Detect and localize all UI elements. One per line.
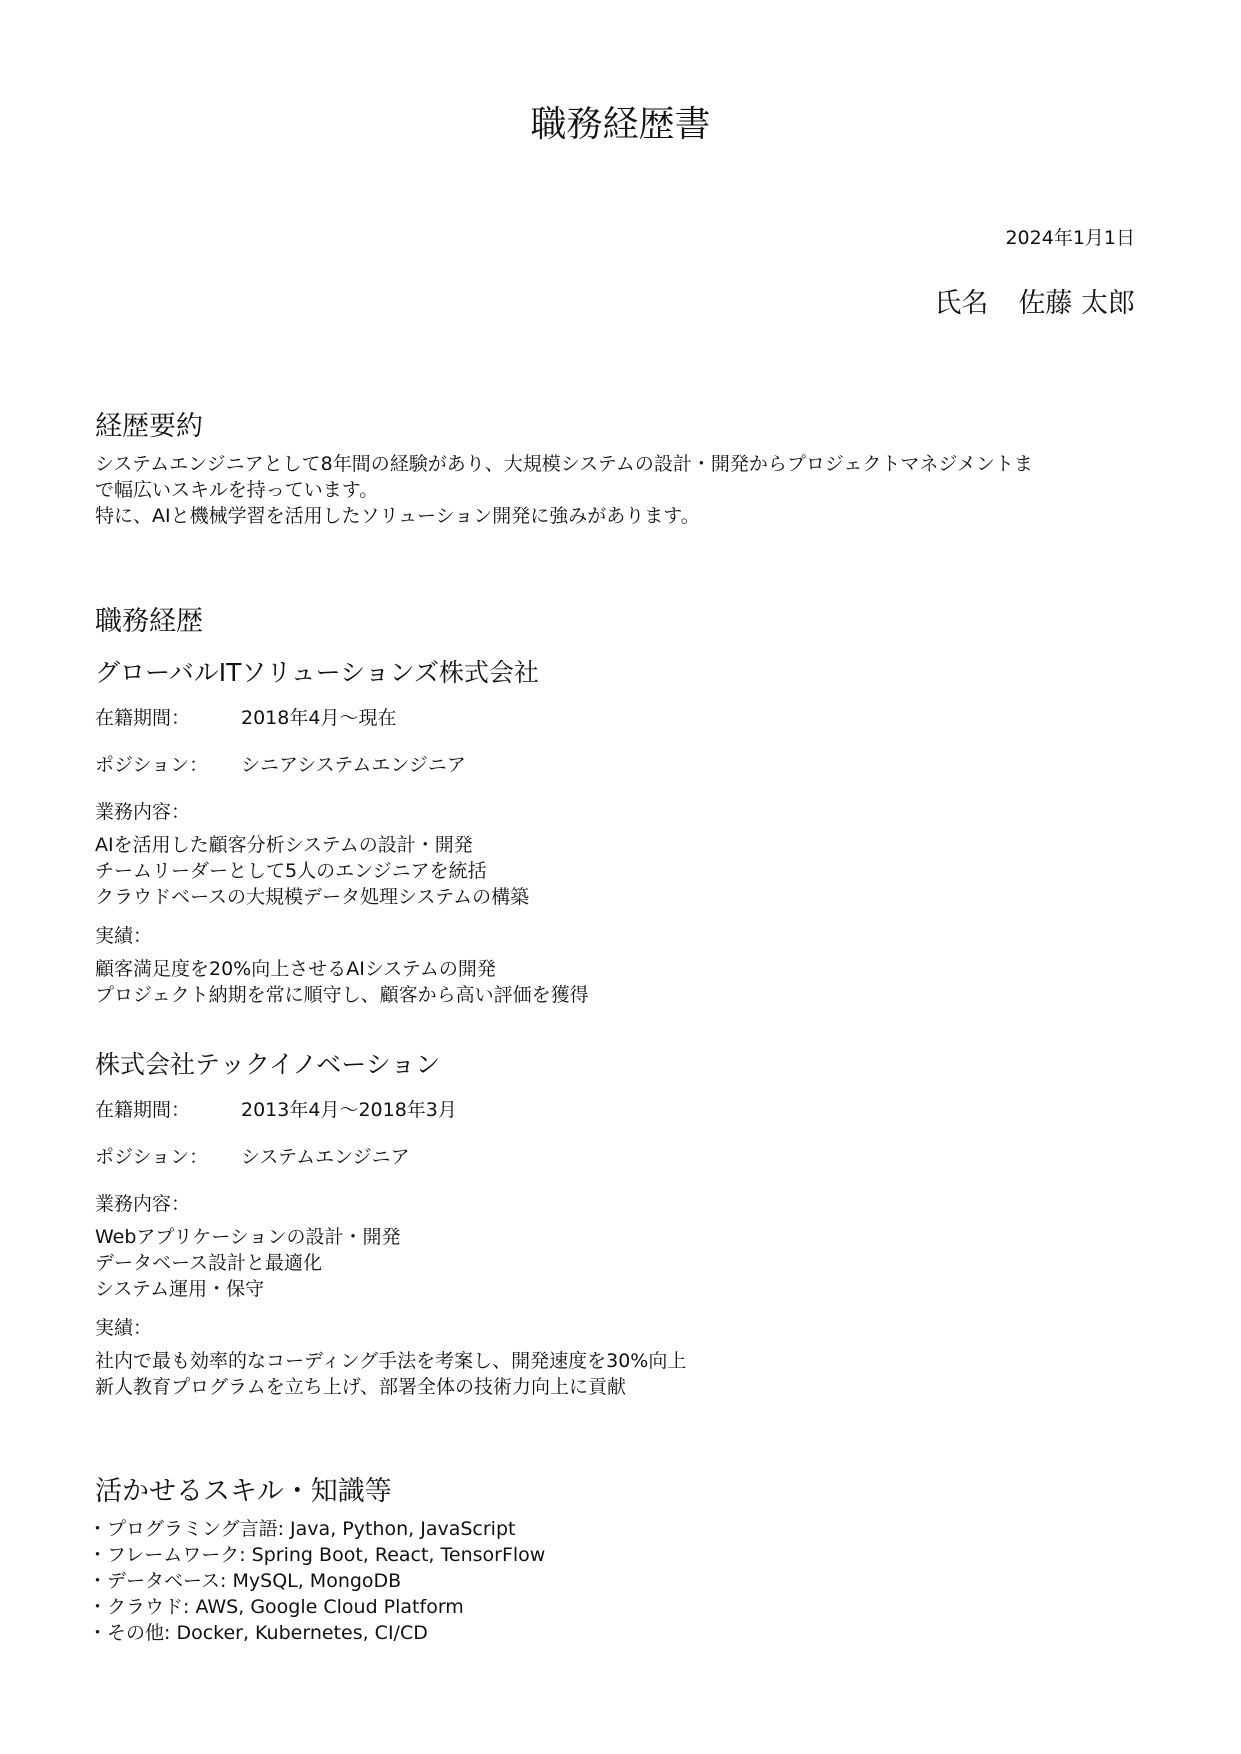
duty-item: Webアプリケーションの設計・開発 bbox=[95, 1224, 401, 1250]
summary-text: システムエンジニアとして8年間の経験があり、大規模システムの設計・開発からプロジ… bbox=[95, 451, 1033, 529]
document-title: 職務経歴書 bbox=[0, 96, 1241, 147]
achievement-item: 社内で最も効率的なコーディング手法を考案し、開発速度を30%向上 bbox=[95, 1348, 686, 1374]
duty-item: システム運用・保守 bbox=[95, 1276, 401, 1302]
summary-heading: 経歴要約 bbox=[95, 404, 203, 443]
skills-heading: 活かせるスキル・知識等 bbox=[95, 1469, 392, 1508]
period-label: 在籍期間： bbox=[95, 703, 190, 730]
duty-item: チームリーダーとして5人のエンジニアを統括 bbox=[95, 858, 529, 884]
duties-label: 業務内容： bbox=[95, 1189, 190, 1216]
duties-list: Webアプリケーションの設計・開発 データベース設計と最適化 システム運用・保守 bbox=[95, 1224, 401, 1302]
position-value: システムエンジニア bbox=[241, 1142, 410, 1169]
skills-list: ・プログラミング言語: Java, Python, JavaScript ・フレ… bbox=[88, 1516, 545, 1646]
achievements-list: 社内で最も効率的なコーディング手法を考案し、開発速度を30%向上 新人教育プログ… bbox=[95, 1348, 686, 1400]
achievements-label: 実績： bbox=[95, 1313, 152, 1340]
period-label: 在籍期間： bbox=[95, 1095, 190, 1122]
achievements-label: 実績： bbox=[95, 921, 152, 948]
summary-line: 特に、AIと機械学習を活用したソリューション開発に強みがあります。 bbox=[95, 503, 1033, 529]
position-value: シニアシステムエンジニア bbox=[241, 750, 466, 777]
period-value: 2013年4月～2018年3月 bbox=[241, 1095, 457, 1122]
skill-item: ・データベース: MySQL, MongoDB bbox=[88, 1568, 545, 1594]
position-label: ポジション： bbox=[95, 1142, 208, 1169]
skill-item: ・プログラミング言語: Java, Python, JavaScript bbox=[88, 1516, 545, 1542]
duty-item: クラウドベースの大規模データ処理システムの構築 bbox=[95, 884, 529, 910]
position-label: ポジション： bbox=[95, 750, 208, 777]
applicant-name: 氏名佐藤 太郎 bbox=[934, 281, 1135, 320]
achievements-list: 顧客満足度を20%向上させるAIシステムの開発 プロジェクト納期を常に順守し、顧… bbox=[95, 956, 589, 1008]
skill-item: ・フレームワーク: Spring Boot, React, TensorFlow bbox=[88, 1542, 545, 1568]
career-heading: 職務経歴 bbox=[95, 599, 203, 638]
document-date: 2024年1月1日 bbox=[1005, 223, 1135, 250]
skill-item: ・その他: Docker, Kubernetes, CI/CD bbox=[88, 1620, 545, 1646]
achievement-item: プロジェクト納期を常に順守し、顧客から高い評価を獲得 bbox=[95, 982, 589, 1008]
period-value: 2018年4月～現在 bbox=[241, 703, 396, 730]
duty-item: AIを活用した顧客分析システムの設計・開発 bbox=[95, 832, 529, 858]
name-label: 氏名 bbox=[934, 288, 988, 319]
summary-line: で幅広いスキルを持っています。 bbox=[95, 477, 1033, 503]
duties-list: AIを活用した顧客分析システムの設計・開発 チームリーダーとして5人のエンジニア… bbox=[95, 832, 529, 910]
duties-label: 業務内容： bbox=[95, 797, 190, 824]
summary-line: システムエンジニアとして8年間の経験があり、大規模システムの設計・開発からプロジ… bbox=[95, 451, 1033, 477]
achievement-item: 顧客満足度を20%向上させるAIシステムの開発 bbox=[95, 956, 589, 982]
skill-item: ・クラウド: AWS, Google Cloud Platform bbox=[88, 1594, 545, 1620]
achievement-item: 新人教育プログラムを立ち上げ、部署全体の技術力向上に貢献 bbox=[95, 1374, 686, 1400]
company-name: 株式会社テックイノベーション bbox=[95, 1045, 440, 1081]
name-value: 佐藤 太郎 bbox=[1018, 288, 1135, 319]
duty-item: データベース設計と最適化 bbox=[95, 1250, 401, 1276]
company-name: グローバルITソリューションズ株式会社 bbox=[95, 653, 539, 689]
